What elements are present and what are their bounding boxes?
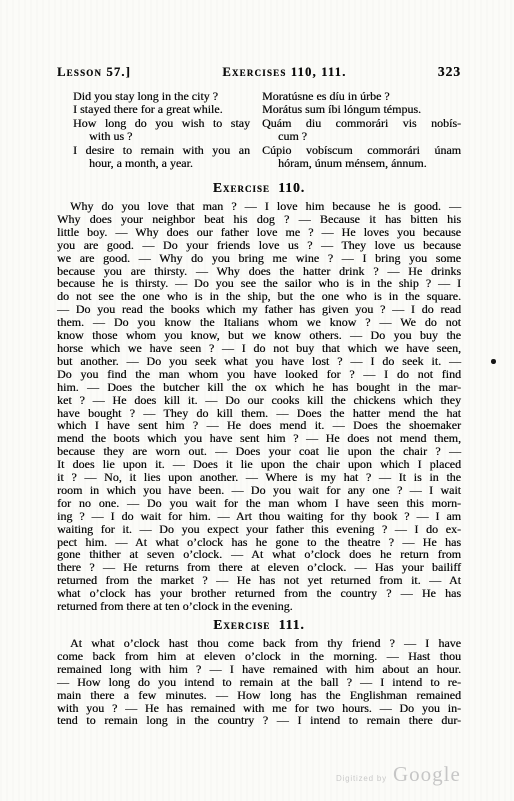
- text-line: ket ? — He does kill it. — Do our cooks …: [57, 394, 461, 407]
- vocab-line: I desire to remain with you an: [73, 144, 250, 157]
- text-line: for no one. — Do you wait for the man wh…: [57, 497, 461, 510]
- text-line: — How long do you intend to remain at th…: [57, 676, 461, 689]
- text-line: you are good. — Do your friends love us …: [57, 239, 461, 252]
- vocab-entry: Morátus sum íbi lóngum témpus.: [262, 103, 461, 116]
- vocab-line: Cúpio vobíscum commorári únam: [262, 144, 461, 157]
- vocab-line: hour, a month, a year.: [73, 157, 250, 170]
- text-line: but another. — Do you seek what you have…: [57, 355, 461, 368]
- vocab-entry: I stayed there for a great while.: [73, 103, 250, 116]
- exercises-label: Exercises 110, 111.: [131, 65, 438, 80]
- vocab-english-column: Did you stay long in the city ?I stayed …: [57, 90, 250, 171]
- vocab-line: Morátus sum íbi lóngum témpus.: [262, 103, 461, 116]
- page-number: 323: [438, 64, 461, 80]
- vocab-line: hóram, únum ménsem, ánnum.: [262, 157, 461, 170]
- text-line: remained long with him ? — I have remain…: [57, 663, 461, 676]
- vocab-latin-column: Moratúsne es díu in úrbe ?Morátus sum íb…: [262, 90, 461, 171]
- text-line: At what o’clock hast thou come back from…: [57, 637, 461, 650]
- vocab-line: I stayed there for a great while.: [73, 103, 250, 116]
- vocab-line: with us ?: [73, 130, 250, 143]
- google-watermark: Digitized by Google: [336, 762, 461, 787]
- text-line: Why do you love that man ? — I love him …: [57, 200, 461, 213]
- text-line: tend to remain long in the country ? — I…: [57, 714, 461, 727]
- text-line: Why does your neighbor beat his dog ? — …: [57, 213, 461, 226]
- vocab-entry: I desire to remain with you anhour, a mo…: [73, 144, 250, 171]
- ink-speck: [491, 359, 496, 364]
- exercise-111-paragraph: At what o’clock hast thou come back from…: [57, 637, 461, 727]
- text-line: Do you find the man whom you have looked…: [57, 368, 461, 381]
- vocab-entry: Did you stay long in the city ?: [73, 90, 250, 103]
- vocab-line: cum ?: [262, 130, 461, 143]
- text-line: horse which we have seen ? — I do not bu…: [57, 342, 461, 355]
- vocab-entry: Cúpio vobíscum commorári únamhóram, únum…: [262, 144, 461, 171]
- text-line: room in which you have been. — Do you wa…: [57, 484, 461, 497]
- text-line: main there a few minutes. — How long has…: [57, 689, 461, 702]
- scanned-book-page: Lesson 57.] Exercises 110, 111. 323 Did …: [0, 0, 514, 801]
- text-line: ing ? — I do wait for him. — Art thou wa…: [57, 510, 461, 523]
- digitized-by-label: Digitized by: [336, 774, 387, 783]
- exercise-110-heading: Exercise 110.: [57, 180, 461, 196]
- vocabulary-section: Did you stay long in the city ?I stayed …: [57, 90, 461, 171]
- lesson-label: Lesson 57.]: [57, 65, 131, 80]
- vocab-line: Quám diu commorári vis nobís-: [262, 117, 461, 130]
- text-line: come back from him at eleven o’clock in …: [57, 650, 461, 663]
- vocab-entry: Moratúsne es díu in úrbe ?: [262, 90, 461, 103]
- text-line: waiting for it. — Do you expect your fat…: [57, 523, 461, 536]
- google-logo: Google: [393, 762, 461, 787]
- text-line: returned from there at ten o’clock in th…: [57, 600, 461, 613]
- vocab-line: Moratúsne es díu in úrbe ?: [262, 90, 461, 103]
- text-line: we are good. — Why do you bring me wine …: [57, 252, 461, 265]
- vocab-line: Did you stay long in the city ?: [73, 90, 250, 103]
- exercise-111-heading: Exercise 111.: [57, 617, 461, 633]
- exercise-110-paragraph: Why do you love that man ? — I love him …: [57, 200, 461, 613]
- vocab-entry: Quám diu commorári vis nobís-cum ?: [262, 117, 461, 144]
- text-line: little boy. — Why does our father love m…: [57, 226, 461, 239]
- text-line: him. — Does the butcher kill the ox whic…: [57, 381, 461, 394]
- running-head: Lesson 57.] Exercises 110, 111. 323: [57, 64, 461, 80]
- vocab-line: How long do you wish to stay: [73, 117, 250, 130]
- vocab-entry: How long do you wish to staywith us ?: [73, 117, 250, 144]
- text-line: it ? — No, it lies upon another. — Where…: [57, 471, 461, 484]
